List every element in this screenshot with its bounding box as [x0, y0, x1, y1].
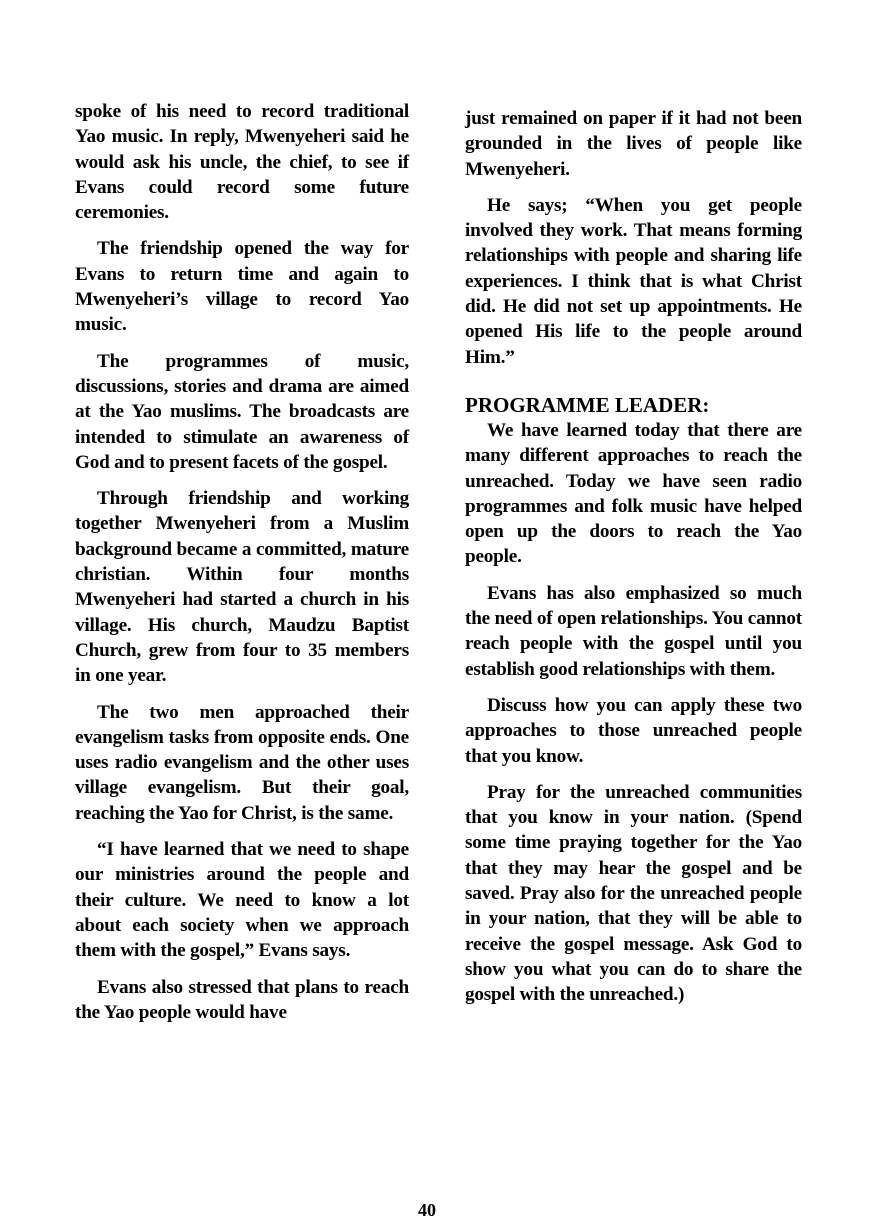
paragraph: The friendship opened the way for Evans …	[75, 236, 409, 337]
paragraph: We have learned today that there are man…	[465, 418, 802, 570]
paragraph: spoke of his need to record traditional …	[75, 99, 409, 225]
paragraph: Pray for the unreached communities that …	[465, 780, 802, 1008]
page-number: 40	[418, 1200, 436, 1221]
paragraph: Discuss how you can apply these two appr…	[465, 693, 802, 769]
left-column: spoke of his need to record traditional …	[75, 99, 409, 1036]
paragraph: “I have learned that we need to shape ou…	[75, 837, 409, 963]
paragraph: The two men approached their evangelism …	[75, 700, 409, 826]
right-column: just remained on paper if it had not bee…	[465, 106, 802, 1019]
paragraph: He says; “When you get people involved t…	[465, 193, 802, 370]
section-heading: PROGRAMME LEADER:	[465, 392, 802, 418]
paragraph: just remained on paper if it had not bee…	[465, 106, 802, 182]
paragraph: Evans has also emphasized so much the ne…	[465, 581, 802, 682]
paragraph: Through friendship and working together …	[75, 486, 409, 688]
paragraph: The programmes of music, discussions, st…	[75, 349, 409, 475]
paragraph: Evans also stressed that plans to reach …	[75, 975, 409, 1026]
